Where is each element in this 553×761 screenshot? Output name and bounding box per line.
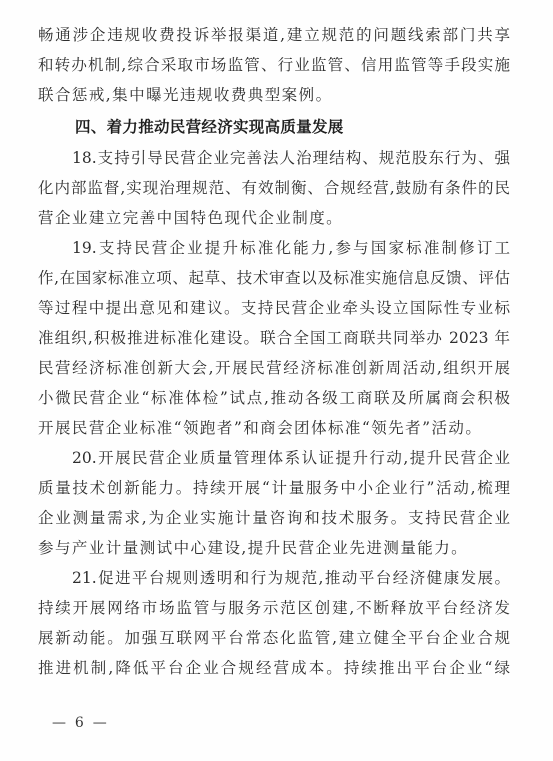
text-line: 化内部监督,实现治理规范、有效制衡、合规经营,鼓励有条件的民 <box>38 178 510 198</box>
text-line: 19.支持民营企业提升标准化能力,参与国家标准制修订工 <box>72 238 510 258</box>
text-line: 展新动能。加强互联网平台常态化监管,建立健全平台企业合规 <box>38 628 510 648</box>
text-line: 21.促进平台规则透明和行为规范,推动平台经济健康发展。 <box>72 568 510 588</box>
text-line: 持续开展网络市场监管与服务示范区创建,不断释放平台经济发 <box>38 598 510 618</box>
text-line: 民营经济标准创新大会,开展民营经济标准创新周活动,组织开展 <box>38 358 510 378</box>
page-number: — 6 — <box>52 713 107 733</box>
text-line: 企业测量需求,为企业实施计量咨询和技术服务。支持民营企业 <box>38 508 510 528</box>
text-line: 20.开展民营企业质量管理体系认证提升行动,提升民营企业 <box>72 448 510 468</box>
text-line: 等过程中提出意见和建议。支持民营企业牵头设立国际性专业标 <box>38 298 510 318</box>
text-line: 参与产业计量测试中心建设,提升民营企业先进测量能力。 <box>38 538 510 558</box>
text-line: 联合惩戒,集中曝光违规收费典型案例。 <box>38 85 510 105</box>
text-line: 准组织,积极推进标准化建设。联合全国工商联共同举办 2023 年 <box>38 328 510 348</box>
text-line: 作,在国家标准立项、起草、技术审查以及标准实施信息反馈、评估 <box>38 268 510 288</box>
text-line: 推进机制,降低平台企业合规经营成本。持续推出平台企业“绿 <box>38 658 510 678</box>
text-line: 畅通涉企违规收费投诉举报渠道,建立规范的问题线索部门共享 <box>38 25 510 45</box>
text-line: 和转办机制,综合采取市场监管、行业监管、信用监管等手段实施 <box>38 55 510 75</box>
text-line: 质量技术创新能力。持续开展“计量服务中小企业行”活动,梳理 <box>38 478 510 498</box>
text-line: 小微民营企业“标准体检”试点,推动各级工商联及所属商会积极 <box>38 388 510 408</box>
text-line: 开展民营企业标准“领跑者”和商会团体标准“领先者”活动。 <box>38 418 510 438</box>
text-line: 营企业建立完善中国特色现代企业制度。 <box>38 208 510 228</box>
section-heading: 四、着力推动民营经济实现高质量发展 <box>75 117 344 137</box>
document-page: 畅通涉企违规收费投诉举报渠道,建立规范的问题线索部门共享 和转办机制,综合采取市… <box>0 0 553 761</box>
text-line: 18.支持引导民营企业完善法人治理结构、规范股东行为、强 <box>72 148 510 168</box>
